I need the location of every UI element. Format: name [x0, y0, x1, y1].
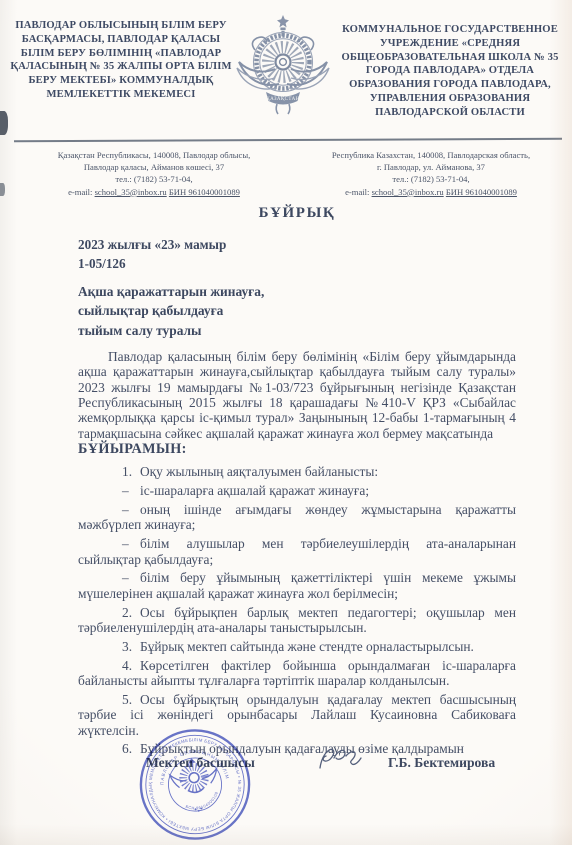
letterhead: ПАВЛОДАР ОБЛЫСЫНЫҢ БІЛІМ БЕРУ БАСҚАРМАСЫ…: [10, 13, 566, 119]
scan-artifact: [0, 183, 5, 196]
subject-line: тыйым салу туралы: [78, 321, 264, 340]
item-text: Бұйрық мектеп сайтында және стендте орна…: [140, 639, 474, 654]
address-line: Павлодар қаласы, Айманов көшесі, 37: [28, 161, 280, 173]
item-text: Көрсетілген фактілер бойынша орындалмаға…: [78, 658, 516, 688]
order-subject: Ақша қаражаттарын жинауға, сыйлықтар қаб…: [78, 282, 264, 340]
item-marker: 4.: [100, 658, 140, 673]
handwritten-signature-icon: [314, 743, 364, 777]
document-title: БҰЙРЫҚ: [78, 205, 516, 222]
preamble-paragraph: Павлодар қаласының білім беру бөлімінің …: [78, 349, 516, 441]
order-date: 2023 жылғы «23» мамыр: [78, 236, 226, 255]
order-body: Павлодар қаласының білім беру бөлімінің …: [78, 349, 516, 757]
order-item: 1.Оқу жылының аяқталуымен байланысты:: [78, 464, 516, 479]
email-address: school_35@inbox.ru: [95, 187, 167, 197]
scanned-order-document: ПАВЛОДАР ОБЛЫСЫНЫҢ БІЛІМ БЕРУ БАСҚАРМАСЫ…: [0, 0, 572, 845]
item-marker: 2.: [100, 605, 140, 620]
phone-line: тел.: (7182) 53-71-04,: [300, 173, 562, 185]
order-item: –іс-шараларға ақшалай қаражат жинауға;: [78, 483, 516, 498]
official-round-stamp: БІЛІМ БЕРУ БАСҚАРМАСЫ • № 35 ЖАЛПЫ ОРТА …: [128, 718, 261, 845]
item-marker: –: [100, 570, 140, 585]
subject-line: Ақша қаражаттарын жинауға,: [78, 282, 264, 301]
email-line: e-mail: school_35@inbox.ru БИН 961040001…: [300, 186, 562, 198]
email-prefix: e-mail:: [68, 187, 95, 197]
item-text: Осы бұйрықпен барлық мектеп педагогтері;…: [78, 605, 516, 635]
item-marker: –: [100, 483, 140, 498]
item-text: Оқу жылының аяқталуымен байланысты:: [140, 464, 378, 479]
emblem-banner-text: ҚАЗАҚСТАН: [266, 97, 299, 102]
bin-number: БИН 961040001089: [446, 187, 517, 197]
order-word: БҰЙЫРАМЫН:: [78, 442, 516, 457]
scan-artifact: [0, 111, 8, 135]
item-text: іс-шараларға ақшалай қаражат жинауға;: [140, 483, 369, 498]
kazakhstan-emblem-icon: ҚАЗАҚСТАН: [235, 13, 331, 119]
date-number-block: 2023 жылғы «23» мамыр 1-05/126: [78, 236, 226, 273]
item-marker: 1.: [100, 464, 140, 479]
signer-name: Г.Б. Бектемирова: [388, 755, 495, 771]
item-marker: 3.: [100, 639, 140, 654]
order-item: 4.Көрсетілген фактілер бойынша орындалма…: [78, 658, 516, 689]
order-number: 1-05/126: [78, 255, 226, 274]
org-name-russian: КОММУНАЛЬНОЕ ГОСУДАРСТВЕННОЕ УЧРЕЖДЕНИЕ …: [334, 13, 566, 119]
item-marker: –: [100, 502, 140, 517]
email-line: e-mail: school_35@inbox.ru БИН 961040001…: [28, 186, 280, 198]
contact-block-kazakh: Қазақстан Республикасы, 140008, Павлодар…: [28, 149, 280, 198]
email-prefix: e-mail:: [345, 187, 372, 197]
order-item: –білім алушылар мен тәрбиелеушілердің ат…: [78, 536, 516, 567]
order-item: –оның ішінде ағымдағы жөндеу жұмыстарына…: [78, 502, 516, 533]
item-text: білім беру ұйымының қажеттіліктері үшін …: [78, 570, 516, 600]
item-text: оның ішінде ағымдағы жөндеу жұмыстарына …: [78, 502, 516, 532]
phone-line: тел.: (7182) 53-71-04,: [28, 173, 280, 185]
item-text: Осы бұйрықтың орындалуын қадағалау мекте…: [78, 692, 516, 738]
email-address: school_35@inbox.ru: [372, 187, 444, 197]
item-marker: –: [100, 536, 140, 551]
contact-block-russian: Республика Казахстан, 140008, Павлодарск…: [300, 149, 562, 198]
subject-line: сыйлықтар қабылдауға: [78, 301, 264, 320]
order-item: 3.Бұйрық мектеп сайтында және стендте ор…: [78, 639, 516, 654]
letterhead-divider: [14, 138, 562, 142]
emblem-container: ҚАЗАҚСТАН: [234, 13, 332, 119]
item-marker: 5.: [100, 692, 140, 707]
order-item: 2.Осы бұйрықпен барлық мектеп педагогтер…: [78, 605, 516, 636]
item-text: білім алушылар мен тәрбиелеушілердің ата…: [78, 536, 516, 566]
org-name-kazakh: ПАВЛОДАР ОБЛЫСЫНЫҢ БІЛІМ БЕРУ БАСҚАРМАСЫ…: [10, 13, 232, 119]
order-item: 5.Осы бұйрықтың орындалуын қадағалау мек…: [78, 692, 516, 738]
order-item: –білім беру ұйымының қажеттіліктері үшін…: [78, 570, 516, 601]
bin-number: БИН 961040001089: [169, 187, 240, 197]
address-line: Қазақстан Республикасы, 140008, Павлодар…: [28, 149, 280, 161]
address-line: г. Павлодар, ул. Айманова, 37: [300, 161, 562, 173]
address-line: Республика Казахстан, 140008, Павлодарск…: [300, 149, 562, 161]
